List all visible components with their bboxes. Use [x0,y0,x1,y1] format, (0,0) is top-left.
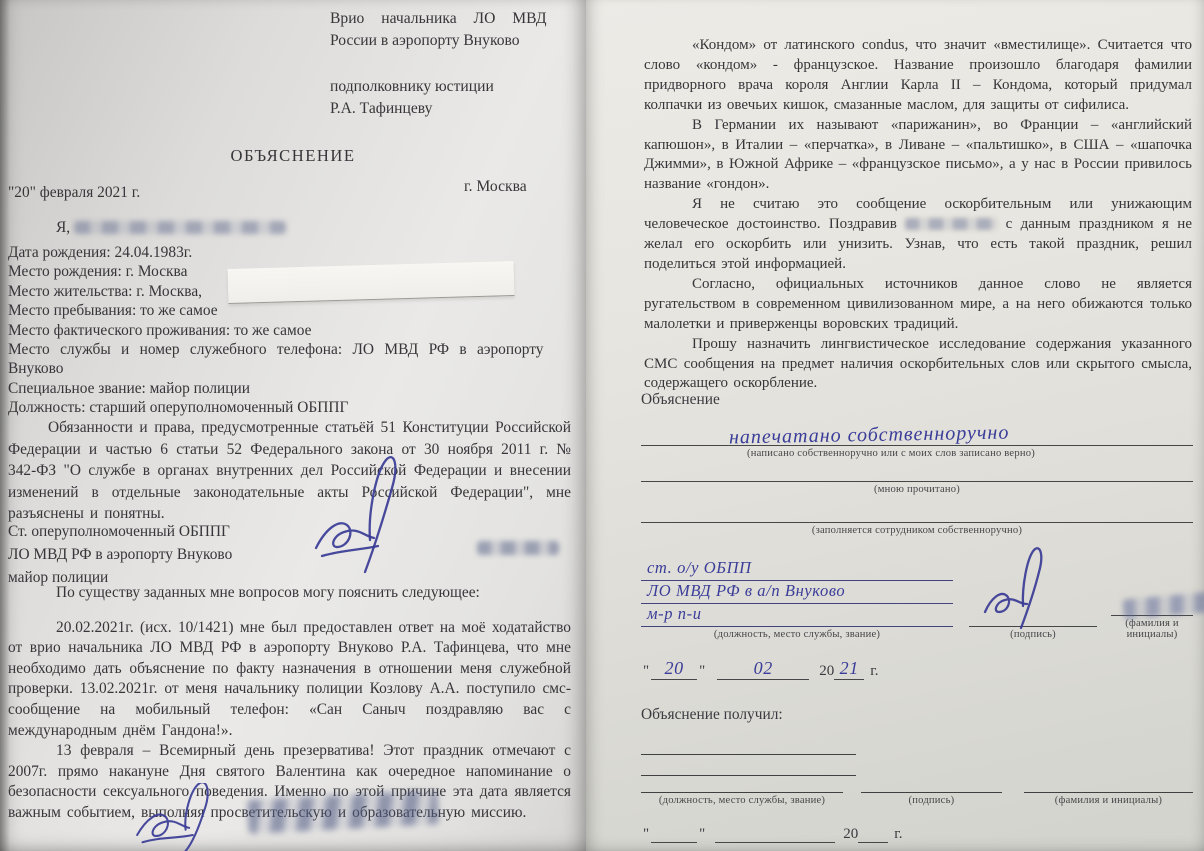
document-date: "20" февраля 2021 г. [8,184,140,202]
recipient-line: Р.А. Тафинцеву [330,98,570,120]
signature-ink [122,783,242,851]
quote-mark: " [643,826,649,843]
year-unit: г. [894,826,902,843]
quote-mark: " [699,663,705,680]
body-paragraph: В Германии их называют «парижанин», во Ф… [644,116,1192,196]
written-line: напечатано собственноручно [641,409,1193,446]
received-blank-lines [641,738,1193,776]
name-column: (фамилия и инициалы) [1024,776,1193,806]
name-line [1111,589,1193,616]
detail-line: Место фактического проживания: то же сам… [8,321,571,340]
blank-line [641,738,856,755]
body-paragraph: Я не считаю это сообщение оскорбительным… [644,195,1192,275]
detail-line: Специальное звание: майор полиции [8,379,571,398]
date-filled-row: " 20 " 02 2021 г. [641,658,1193,680]
quote-mark: " [699,826,705,843]
year-prefix: 20 [843,826,858,843]
blank-month-slot [715,842,835,843]
blank-line [641,776,843,793]
blank-line [641,759,856,776]
handwritten-position: ст. о/у ОБПП [641,558,953,581]
line-caption: (написано собственноручно или с моих сло… [641,448,1141,459]
handwritten-position: ЛО МВД РФ в а/п Внуково [641,581,953,604]
signer-line: Ст. оперуполномоченный ОБППГ [8,520,232,543]
read-line [641,459,1193,482]
statement-intro: По существу заданных мне вопросов могу п… [8,583,571,604]
declarant-intro: Я, [8,219,568,237]
document-page-right: «Кондом» от латинского condus, что значи… [586,0,1204,851]
signature-row-filled: ст. о/у ОБПП ЛО МВД РФ в а/п Внуково м-р… [641,548,1193,640]
spacer [330,52,570,76]
body-paragraph: Согласно, официальных источников данное … [644,275,1192,335]
scanned-document: Врио начальника ЛО МВД России в аэропорт… [0,0,1204,851]
blurred-handwritten-name [1122,587,1204,620]
quote-mark: " [643,663,649,680]
date-year-handwritten: 21 [834,658,864,680]
recipient-block: Врио начальника ЛО МВД России в аэропорт… [330,8,570,120]
position-column: ст. о/у ОБПП ЛО МВД РФ в а/п Внуково м-р… [641,558,953,640]
name-column: (фамилия и инициалы) [1111,589,1193,640]
intro-prefix: Я, [56,219,70,236]
body-paragraph: «Кондом» от латинского condus, что значи… [644,36,1192,116]
line-caption: (заполняется сотрудником собственноручно… [641,525,1193,536]
form-area: Объяснение напечатано собственноручно (н… [641,391,1193,843]
recipient-line: Врио начальника ЛО МВД [330,8,570,30]
recipient-line: России в аэропорту Внуково [330,30,570,52]
received-label: Объяснение получил: [641,706,1193,724]
redacted-name-blur [74,221,286,234]
line-caption: (подпись) [861,795,1002,806]
document-city: г. Москва [464,178,527,196]
statement-block: По существу заданных мне вопросов могу п… [8,583,571,824]
redacted-name-blur [905,218,997,230]
blank-line [1024,776,1193,793]
detail-line: Место пребывания: то же самое [8,301,571,320]
date-day-handwritten: 20 [651,658,697,680]
signer-block: Ст. оперуполномоченный ОБППГ ЛО МВД РФ в… [8,520,232,589]
date-blank-row: " " 20 г. [641,826,1193,843]
blank-year-slot [858,842,888,843]
body-paragraph: Прошу назначить лингвистическое исследов… [644,335,1192,395]
line-caption: (должность, место службы, звание) [641,795,843,806]
signature-column: (подпись) [969,548,1097,640]
signature-line [969,548,1097,627]
line-caption: (фамилия и инициалы) [1024,795,1193,806]
signature-column: (подпись) [861,776,1002,806]
year-prefix: 20 [819,663,834,680]
signature-ink [979,546,1053,632]
line-caption: (должность, место службы, звание) [641,629,953,640]
document-title: ОБЪЯСНЕНИЕ [0,146,586,166]
line-caption: (мною прочитано) [641,484,1193,495]
handwritten-note: напечатано собственноручно [729,422,1010,450]
signature-ink [308,452,424,578]
detail-line: Место службы и номер служебного телефона… [8,340,571,359]
document-page-left: Врио начальника ЛО МВД России в аэропорт… [0,0,586,851]
form-label: Объяснение [641,391,1193,409]
blank-day-slot [651,842,697,843]
rights-paragraph: Обязанности и права, предусмотренные ста… [8,417,571,525]
position-column: (должность, место службы, звание) [641,776,843,806]
officer-fill-line [641,495,1193,523]
detail-line: Внуково [8,359,571,378]
signature-row-blank: (должность, место службы, звание) (подпи… [641,776,1193,806]
handwritten-position: м-р п-и [641,604,953,627]
detail-line: Дата рождения: 24.04.1983г. [8,243,571,262]
redacted-name-blur [477,541,559,555]
statement-paragraph: 20.02.2021г. (исх. 10/1421) мне был пред… [8,618,571,742]
explanation-text: «Кондом» от латинского condus, что значи… [644,36,1192,394]
signer-line: ЛО МВД РФ в аэропорту Внуково [8,543,232,566]
year-unit: г. [870,663,878,680]
detail-line: Должность: старший оперуполномоченный ОБ… [8,398,571,417]
date-month-handwritten: 02 [717,658,809,680]
line-caption: (фамилия и инициалы) [1111,618,1193,640]
blank-line [861,776,1002,793]
recipient-line: подполковнику юстиции [330,76,570,98]
